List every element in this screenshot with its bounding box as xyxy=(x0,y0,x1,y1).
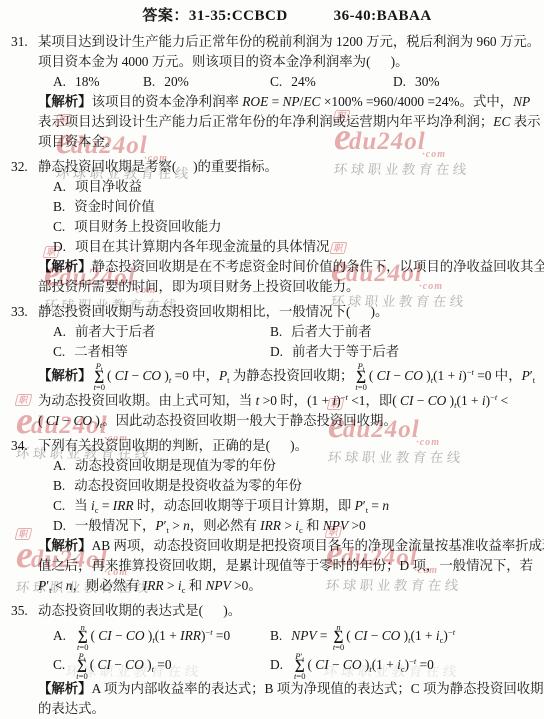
question-stem-text: 静态投资回收期与动态投资回收期相比，一般情况下( )。 xyxy=(38,304,388,319)
option-label: D. xyxy=(53,239,66,254)
option: B.动态投资回收期是投资收益为零的年份 xyxy=(53,476,302,496)
analysis-line: 部投资所需要的时间，即为项目财务上投资回收能力。 xyxy=(38,277,536,297)
option-text: 前者大于后者 xyxy=(75,324,155,339)
option: C.二者相等 xyxy=(53,342,128,362)
option-text: 项目在其计算期内各年现金流量的具体情况 xyxy=(75,239,329,254)
options-row: C.Pt∑t=0( CI − CO )t =0D.P′t∑t=0( CI − C… xyxy=(38,650,536,679)
option-text: 项目财务上投资回收能力 xyxy=(74,219,221,234)
question-block: 35.动态投资回收期的表达式是( )。A.n∑t=0( CI − CO )t(1… xyxy=(38,601,536,719)
analysis-line: 【解析】AB 两项，动态投资回收期是把投资项目各年的净现金流量按基准收益率折成现 xyxy=(38,536,536,556)
analysis-line: 【解析】该项目的资本金净利润率 ROE = NP/EC ×100% =960/4… xyxy=(38,92,536,112)
questions-list: 31.某项目达到设计生产能力后正常年份的税前利润为 1200 万元，税后利润为 … xyxy=(38,32,536,719)
option: A.动态投资回收期是现值为零的年份 xyxy=(53,456,276,476)
analysis-line: 【解析】Pt∑t=0( CI − CO )t =0 中，Pt 为静态投资回收期；… xyxy=(38,362,536,391)
options-row: A.n∑t=0( CI − CO )t(1 + IRR)−t =0B.NPV =… xyxy=(38,621,536,650)
question-stem-text: 下列有关投资回收期的判断，正确的是( )。 xyxy=(38,438,308,453)
option: D.前者大于等于后者 xyxy=(270,342,399,362)
option: B.资金时间价值 xyxy=(53,197,155,217)
option-label: C. xyxy=(53,219,65,234)
option-text: 18% xyxy=(75,74,100,89)
question-stem-text: 动态投资回收期的表达式是( )。 xyxy=(38,603,241,618)
option-label: A. xyxy=(53,458,66,473)
answer-key-group1: 31-35:CCBCD xyxy=(189,8,288,24)
option-text: 资金时间价值 xyxy=(74,199,154,214)
option-text: 后者大于前者 xyxy=(291,324,371,339)
analysis-line: 的表达式。 xyxy=(38,699,536,719)
option-label: C. xyxy=(53,498,65,513)
question-stem-text: 静态投资回收期是考察( )的重要指标。 xyxy=(38,159,278,174)
option-text: 前者大于等于后者 xyxy=(292,344,399,359)
option: B.NPV = n∑t=0( CI − CO )t(1 + ic)−t xyxy=(270,621,455,651)
question-stem-line: 34.下列有关投资回收期的判断，正确的是( )。 xyxy=(38,436,536,456)
option-text: 一般情况下，P′t > n，则必然有 IRR > ic 和 NPV >0 xyxy=(75,518,366,533)
analysis-line: ( CI − CO )t。因此动态投资回收期一般大于静态投资回收期。 xyxy=(38,411,536,431)
options-row: D.一般情况下，P′t > n，则必然有 IRR > ic 和 NPV >0 xyxy=(38,516,536,536)
option-label: C. xyxy=(53,344,65,359)
question-stem-line: 35.动态投资回收期的表达式是( )。 xyxy=(38,601,536,621)
question-block: 31.某项目达到设计生产能力后正常年份的税前利润为 1200 万元，税后利润为 … xyxy=(38,32,536,152)
option-label: A. xyxy=(53,74,66,89)
option: B.20% xyxy=(143,72,189,92)
option: C.当 ic = IRR 时，动态回收期等于项目计算期，即 P′t = n xyxy=(53,496,389,516)
option: C.项目财务上投资回收能力 xyxy=(53,217,222,237)
option: A.n∑t=0( CI − CO )t(1 + IRR)−t =0 xyxy=(53,621,230,651)
option: A.项目净收益 xyxy=(53,177,142,197)
option-text: 24% xyxy=(291,74,316,89)
question-number: 33. xyxy=(11,302,28,322)
option-label: C. xyxy=(270,74,282,89)
question-number: 32. xyxy=(11,157,28,177)
answer-key-header: 答案：31-35:CCBCD36-40:BABAA xyxy=(38,6,536,27)
options-row: D.项目在其计算期内各年现金流量的具体情况 xyxy=(38,237,536,257)
option-label: D. xyxy=(53,518,66,533)
question-stem-line: 32.静态投资回收期是考察( )的重要指标。 xyxy=(38,157,536,177)
option-text: 二者相等 xyxy=(74,344,128,359)
option: A.前者大于后者 xyxy=(53,322,155,342)
question-stem-line: 项目资本金为 4000 万元。则该项目的资本金净利润率为( )。 xyxy=(38,52,536,72)
question-stem-line: 31.某项目达到设计生产能力后正常年份的税前利润为 1200 万元，税后利润为 … xyxy=(38,32,536,52)
question-block: 33.静态投资回收期与动态投资回收期相比，一般情况下( )。A.前者大于后者B.… xyxy=(38,302,536,431)
option-label: A. xyxy=(53,628,66,643)
option-label: D. xyxy=(270,344,283,359)
options-row: A.动态投资回收期是现值为零的年份 xyxy=(38,456,536,476)
option: A.18% xyxy=(53,72,100,92)
option-label: B. xyxy=(143,74,155,89)
question-stem-text: 某项目达到设计生产能力后正常年份的税前利润为 1200 万元，税后利润为 960… xyxy=(38,34,540,49)
document-content: 答案：31-35:CCBCD36-40:BABAA 31.某项目达到设计生产能力… xyxy=(0,0,544,719)
option-text: P′t∑t=0( CI − CO )t(1 + ic)−t =0 xyxy=(292,657,434,672)
option-label: B. xyxy=(53,478,65,493)
exam-answer-document: 答案：31-35:CCBCD36-40:BABAA 31.某项目达到设计生产能力… xyxy=(0,0,544,719)
option-text: 当 ic = IRR 时，动态回收期等于项目计算期，即 P′t = n xyxy=(74,498,389,513)
option: B.后者大于前者 xyxy=(270,322,372,342)
options-row: C.项目财务上投资回收能力 xyxy=(38,217,536,237)
question-number: 31. xyxy=(11,32,28,52)
option: C.Pt∑t=0( CI − CO )t =0 xyxy=(53,650,172,680)
option-label: B. xyxy=(270,324,282,339)
question-stem-text: 项目资本金为 4000 万元。则该项目的资本金净利润率为( )。 xyxy=(38,54,408,69)
question-stem-line: 33.静态投资回收期与动态投资回收期相比，一般情况下( )。 xyxy=(38,302,536,322)
option-label: D. xyxy=(393,74,406,89)
answer-key-group2: 36-40:BABAA xyxy=(334,8,432,24)
analysis-line: P′t < n，则必然有 IRR > ic 和 NPV >0。 xyxy=(38,576,536,596)
options-row: A.前者大于后者B.后者大于前者 xyxy=(38,322,536,342)
option-label: C. xyxy=(53,657,65,672)
option: D.30% xyxy=(393,72,440,92)
analysis-line: 值之后，再来推算投资回收期，是累计现值等于零时的年份；D 项，一般情况下，若 xyxy=(38,556,536,576)
option-label: A. xyxy=(53,179,66,194)
option-text: 动态投资回收期是现值为零的年份 xyxy=(75,458,276,473)
option-label: B. xyxy=(53,199,65,214)
option: D.项目在其计算期内各年现金流量的具体情况 xyxy=(53,237,329,257)
option-label: A. xyxy=(53,324,66,339)
question-number: 34. xyxy=(11,436,28,456)
options-row: B.资金时间价值 xyxy=(38,197,536,217)
option-text: Pt∑t=0( CI − CO )t =0 xyxy=(74,657,171,672)
option: D.P′t∑t=0( CI − CO )t(1 + ic)−t =0 xyxy=(270,650,434,680)
option-text: 20% xyxy=(164,74,189,89)
option-text: NPV = n∑t=0( CI − CO )t(1 + ic)−t xyxy=(291,628,455,643)
question-block: 34.下列有关投资回收期的判断，正确的是( )。A.动态投资回收期是现值为零的年… xyxy=(38,436,536,596)
option-text: 动态投资回收期是投资收益为零的年份 xyxy=(74,478,302,493)
options-row: A.18%B.20%C.24%D.30% xyxy=(38,72,536,92)
option: D.一般情况下，P′t > n，则必然有 IRR > ic 和 NPV >0 xyxy=(53,516,366,536)
options-row: C.当 ic = IRR 时，动态回收期等于项目计算期，即 P′t = n xyxy=(38,496,536,516)
answer-key-label: 答案： xyxy=(142,8,189,24)
analysis-line: 表示项目达到设计生产能力后正常年份的年净利润或运营期内年平均净利润；EC 表示 xyxy=(38,112,536,132)
analysis-line: 【解析】A 项为内部收益率的表达式；B 项为净现值的表达式；C 项为静态投资回收… xyxy=(38,679,536,699)
option-text: 项目净收益 xyxy=(75,179,142,194)
option-label: D. xyxy=(270,657,283,672)
analysis-line: 为动态投资回收期。由上式可知，当 t >0 时，(1 + i)−t <1，即( … xyxy=(38,391,536,411)
option: C.24% xyxy=(270,72,316,92)
analysis-line: 【解析】静态投资回收期是在不考虑资金时间价值的条件下，以项目的净收益回收其全 xyxy=(38,257,536,277)
options-row: A.项目净收益 xyxy=(38,177,536,197)
question-block: 32.静态投资回收期是考察( )的重要指标。A.项目净收益B.资金时间价值C.项… xyxy=(38,157,536,297)
question-number: 35. xyxy=(11,601,28,621)
option-text: 30% xyxy=(415,74,440,89)
options-row: B.动态投资回收期是投资收益为零的年份 xyxy=(38,476,536,496)
options-row: C.二者相等D.前者大于等于后者 xyxy=(38,342,536,362)
option-text: n∑t=0( CI − CO )t(1 + IRR)−t =0 xyxy=(75,628,230,643)
analysis-line: 项目资本金。 xyxy=(38,132,536,152)
option-label: B. xyxy=(270,628,282,643)
